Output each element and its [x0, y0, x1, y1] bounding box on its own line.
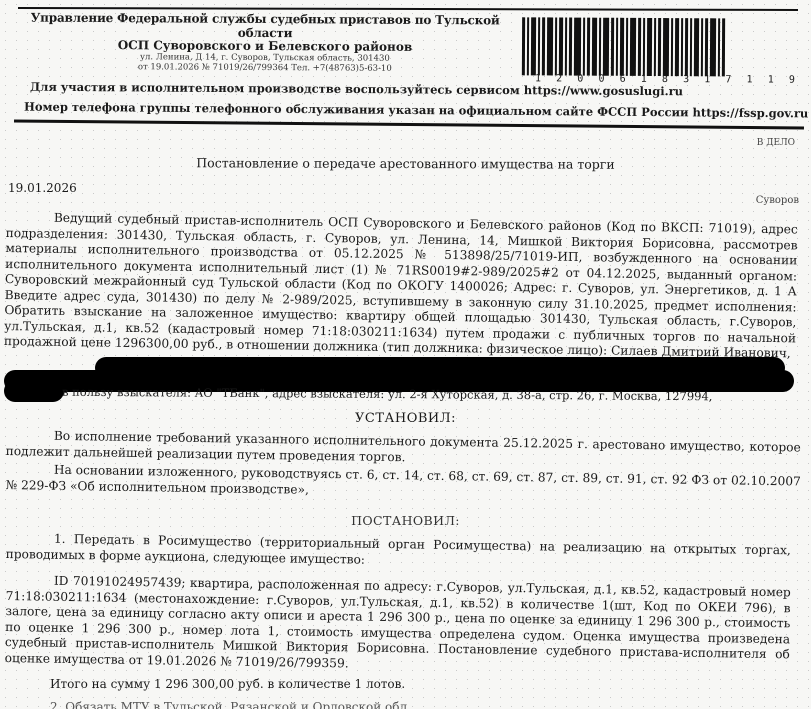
total-sum: Итого на сумму 1 296 300,00 руб. в колич… [50, 677, 405, 691]
resolution-item-2: 2. Обязать МТУ в Тульской, Рязанской и О… [50, 700, 419, 709]
phone-notice: Номер телефона группы телефонного обслуж… [24, 100, 808, 121]
intro-paragraph: Ведущий судебный пристав-исполнитель ОСП… [4, 210, 798, 362]
barcode-digit: 1 [747, 74, 753, 85]
header-bottom-rule [14, 120, 804, 130]
resolved-heading: ПОСТАНОВИЛ: [0, 513, 811, 528]
document-reference: от 19.01.2026 № 71019/26/799364 Тел. +7(… [30, 62, 500, 75]
resolution-item-1: 1. Передать в Росимущество (территориаль… [6, 531, 791, 574]
document-date: 19.01.2026 [8, 181, 77, 195]
barcode-digit: 3 [683, 74, 689, 85]
scanned-document-page: Управление Федеральной службы судебных п… [0, 0, 811, 709]
lot-description: ID 70191024957439; квартира, расположенн… [5, 573, 791, 678]
redaction-bar [4, 380, 64, 402]
document-city: Суворов [756, 195, 799, 206]
barcode-digit: 7 [725, 74, 731, 85]
document-title: Постановление о передаче арестованного и… [0, 155, 811, 173]
barcode-digit: 1 [768, 75, 774, 86]
barcode [522, 17, 790, 76]
established-heading: УСТАНОВИЛ: [0, 411, 811, 426]
barcode-digit: 9 [789, 75, 795, 86]
to-file-stamp: В ДЕЛО [757, 138, 795, 148]
barcode-digit: 1 [704, 74, 710, 85]
agency-name: Управление Федеральной службы судебных п… [30, 11, 500, 42]
letterhead: Управление Федеральной службы судебных п… [30, 11, 500, 75]
